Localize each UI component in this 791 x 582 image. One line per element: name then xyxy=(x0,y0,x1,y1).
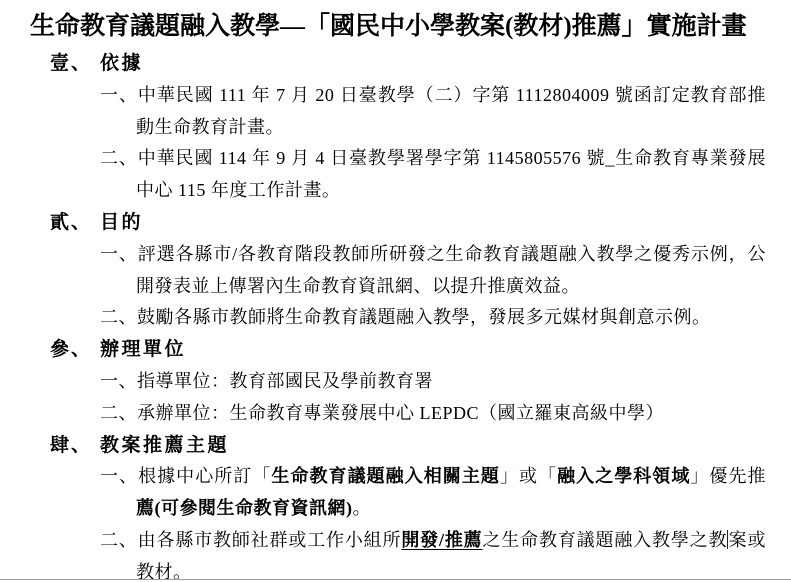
text-run: 一、指導單位：教育部國民及學前教育署 xyxy=(100,371,433,391)
section-heading-2: 貳、目的 xyxy=(50,207,791,239)
section-2-item-1-line-1: 一、評選各縣市/各教育階段教師所研發之生命教育議題融入教學之優秀示例，公 xyxy=(136,239,766,271)
section-2-label: 目的 xyxy=(100,212,143,233)
section-4-label: 教案推薦主題 xyxy=(100,435,229,456)
section-1-marker: 壹、 xyxy=(50,48,100,80)
section-3-marker: 參、 xyxy=(50,334,100,366)
section-heading-1: 壹、依據 xyxy=(50,48,791,80)
text-run: 」或「 xyxy=(500,466,557,486)
text-run: 」優先推 xyxy=(690,466,766,486)
text-run: 二、承辦單位：生命教育專業發展中心 LEPDC（國立羅東高級中學） xyxy=(100,403,664,423)
section-2-marker: 貳、 xyxy=(50,207,100,239)
text-run: 中心 115 年度工作計畫。 xyxy=(136,180,340,200)
text-run: 薦(可參閱生命教育資訊網) xyxy=(136,498,353,518)
text-run: 生命教育議題融入相關主題 xyxy=(271,466,500,486)
text-run: 之生命教育議題融入教學之教 xyxy=(483,530,728,550)
section-1-item-2-line-1: 二、中華民國 114 年 9 月 4 日臺教學署學字第 1145805576 號… xyxy=(136,143,766,175)
section-1-item-1-line-1: 一、中華民國 111 年 7 月 20 日臺教學（二）字第 1112804009… xyxy=(136,80,766,112)
section-1-label: 依據 xyxy=(100,53,143,74)
text-run: 案或 xyxy=(728,530,766,550)
text-run: 二、由各縣市教師社群或工作小組所 xyxy=(100,530,401,550)
section-heading-3: 參、辦理單位 xyxy=(50,334,791,366)
section-4-item-1-line-2: 薦(可參閱生命教育資訊網)。 xyxy=(136,493,766,525)
page-bottom-rule xyxy=(0,579,791,580)
section-4-marker: 肆、 xyxy=(50,430,100,462)
text-run: 融入之學科領域 xyxy=(557,466,690,486)
section-2-item-1-line-2: 開發表並上傳署內生命教育資訊網、以提升推廣效益。 xyxy=(136,271,766,303)
section-3-item-2-line-1: 二、承辦單位：生命教育專業發展中心 LEPDC（國立羅東高級中學） xyxy=(136,398,766,430)
text-run: 一、中華民國 111 年 7 月 20 日臺教學（二）字第 1112804009… xyxy=(100,85,766,105)
text-run: 。 xyxy=(353,498,372,518)
text-run: 二、鼓勵各縣市教師將生命教育議題融入教學，發展多元媒材與創意示例。 xyxy=(100,307,711,327)
section-heading-4: 肆、教案推薦主題 xyxy=(50,430,791,462)
document-body: 壹、依據 一、中華民國 111 年 7 月 20 日臺教學（二）字第 11128… xyxy=(0,48,791,582)
section-4-item-2-line-1: 二、由各縣市教師社群或工作小組所開發/推薦之生命教育議題融入教學之教案或 xyxy=(136,525,766,557)
section-1-item-1-line-2: 動生命教育計畫。 xyxy=(136,112,766,144)
section-3-item-1-line-1: 一、指導單位：教育部國民及學前教育署 xyxy=(136,366,766,398)
text-run: 動生命教育計畫。 xyxy=(136,117,284,137)
section-3-label: 辦理單位 xyxy=(100,339,186,360)
document-page[interactable]: 生命教育議題融入教學—「國民中小學教案(教材)推薦」實施計畫 壹、依據 一、中華… xyxy=(0,0,791,582)
text-run: 一、根據中心所訂「 xyxy=(100,466,271,486)
text-run: 開發表並上傳署內生命教育資訊網、以提升推廣效益。 xyxy=(136,276,580,296)
text-run: 二、中華民國 114 年 9 月 4 日臺教學署學字第 1145805576 號… xyxy=(100,148,766,168)
section-1-item-2-line-2: 中心 115 年度工作計畫。 xyxy=(136,175,766,207)
text-run: 開發/推薦 xyxy=(401,530,482,550)
text-run: 一、評選各縣市/各教育階段教師所研發之生命教育議題融入教學之優秀示例，公 xyxy=(100,244,766,264)
document-title: 生命教育議題融入教學—「國民中小學教案(教材)推薦」實施計畫 xyxy=(30,10,791,44)
section-4-item-1-line-1: 一、根據中心所訂「生命教育議題融入相關主題」或「融入之學科領域」優先推 xyxy=(136,461,766,493)
section-2-item-2-line-1: 二、鼓勵各縣市教師將生命教育議題融入教學，發展多元媒材與創意示例。 xyxy=(136,302,766,334)
